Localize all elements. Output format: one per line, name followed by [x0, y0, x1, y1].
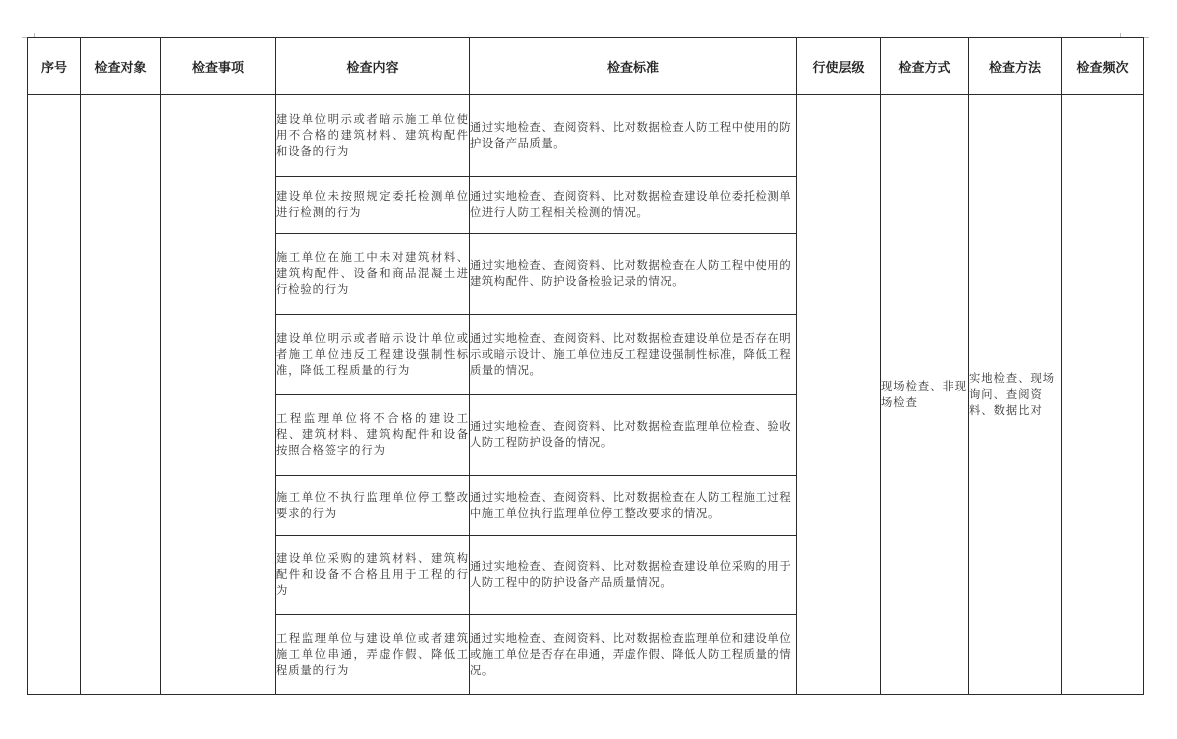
- check-mode-cell: 现场检查、非现场检查: [881, 95, 969, 695]
- standard-cell: 通过实地检查、查阅资料、比对数据检查建设单位采购的用于人防工程中的防护设备产品质…: [470, 536, 797, 615]
- content-cell: 工程监理单位将不合格的建设工程、建筑材料、建筑构配件和设备按照合格签字的行为: [276, 395, 470, 476]
- header-check-mode: 检查方式: [881, 38, 969, 95]
- standard-cell: 通过实地检查、查阅资料、比对数据检查监理单位检查、验收人防工程防护设备的情况。: [470, 395, 797, 476]
- table-row: 建设单位明示或者暗示施工单位使用不合格的建筑材料、建筑构配件和设备的行为 通过实…: [28, 95, 1144, 177]
- level-cell: [797, 95, 881, 695]
- standard-cell: 通过实地检查、查阅资料、比对数据检查在人防工程中使用的建筑构配件、防护设备检验记…: [470, 234, 797, 315]
- standard-cell: 通过实地检查、查阅资料、比对数据检查监理单位和建设单位或施工单位是否存在串通，弄…: [470, 615, 797, 695]
- content-cell: 建设单位采购的建筑材料、建筑构配件和设备不合格且用于工程的行为: [276, 536, 470, 615]
- standard-cell: 通过实地检查、查阅资料、比对数据检查建设单位是否存在明示或暗示设计、施工单位违反…: [470, 315, 797, 395]
- header-frequency: 检查频次: [1062, 38, 1144, 95]
- header-check-method: 检查方法: [969, 38, 1062, 95]
- content-cell: 施工单位不执行监理单位停工整改要求的行为: [276, 476, 470, 536]
- header-serial: 序号: [28, 38, 81, 95]
- header-row: 序号 检查对象 检查事项 检查内容 检查标准 行使层级 检查方式 检查方法 检查…: [28, 38, 1144, 95]
- content-cell: 建设单位未按照规定委托检测单位进行检测的行为: [276, 177, 470, 234]
- object-cell: [81, 95, 161, 695]
- frequency-cell: [1062, 95, 1144, 695]
- header-content: 检查内容: [276, 38, 470, 95]
- content-cell: 施工单位在施工中未对建筑材料、建筑构配件、设备和商品混凝土进行检验的行为: [276, 234, 470, 315]
- header-item: 检查事项: [161, 38, 276, 95]
- header-standard: 检查标准: [470, 38, 797, 95]
- content-cell: 建设单位明示或者暗示设计单位或者施工单位违反工程建设强制性标准，降低工程质量的行…: [276, 315, 470, 395]
- inspection-table: 序号 检查对象 检查事项 检查内容 检查标准 行使层级 检查方式 检查方法 检查…: [27, 37, 1144, 695]
- standard-cell: 通过实地检查、查阅资料、比对数据检查建设单位委托检测单位进行人防工程相关检测的情…: [470, 177, 797, 234]
- header-level: 行使层级: [797, 38, 881, 95]
- standard-cell: 通过实地检查、查阅资料、比对数据检查在人防工程施工过程中施工单位执行监理单位停工…: [470, 476, 797, 536]
- serial-cell: [28, 95, 81, 695]
- content-cell: 建设单位明示或者暗示施工单位使用不合格的建筑材料、建筑构配件和设备的行为: [276, 95, 470, 177]
- header-object: 检查对象: [81, 38, 161, 95]
- item-cell: [161, 95, 276, 695]
- check-method-cell: 实地检查、现场询问、查阅资料、数据比对: [969, 95, 1062, 695]
- standard-cell: 通过实地检查、查阅资料、比对数据检查人防工程中使用的防护设备产品质量。: [470, 95, 797, 177]
- content-cell: 工程监理单位与建设单位或者建筑施工单位串通，弄虚作假、降低工程质量的行为: [276, 615, 470, 695]
